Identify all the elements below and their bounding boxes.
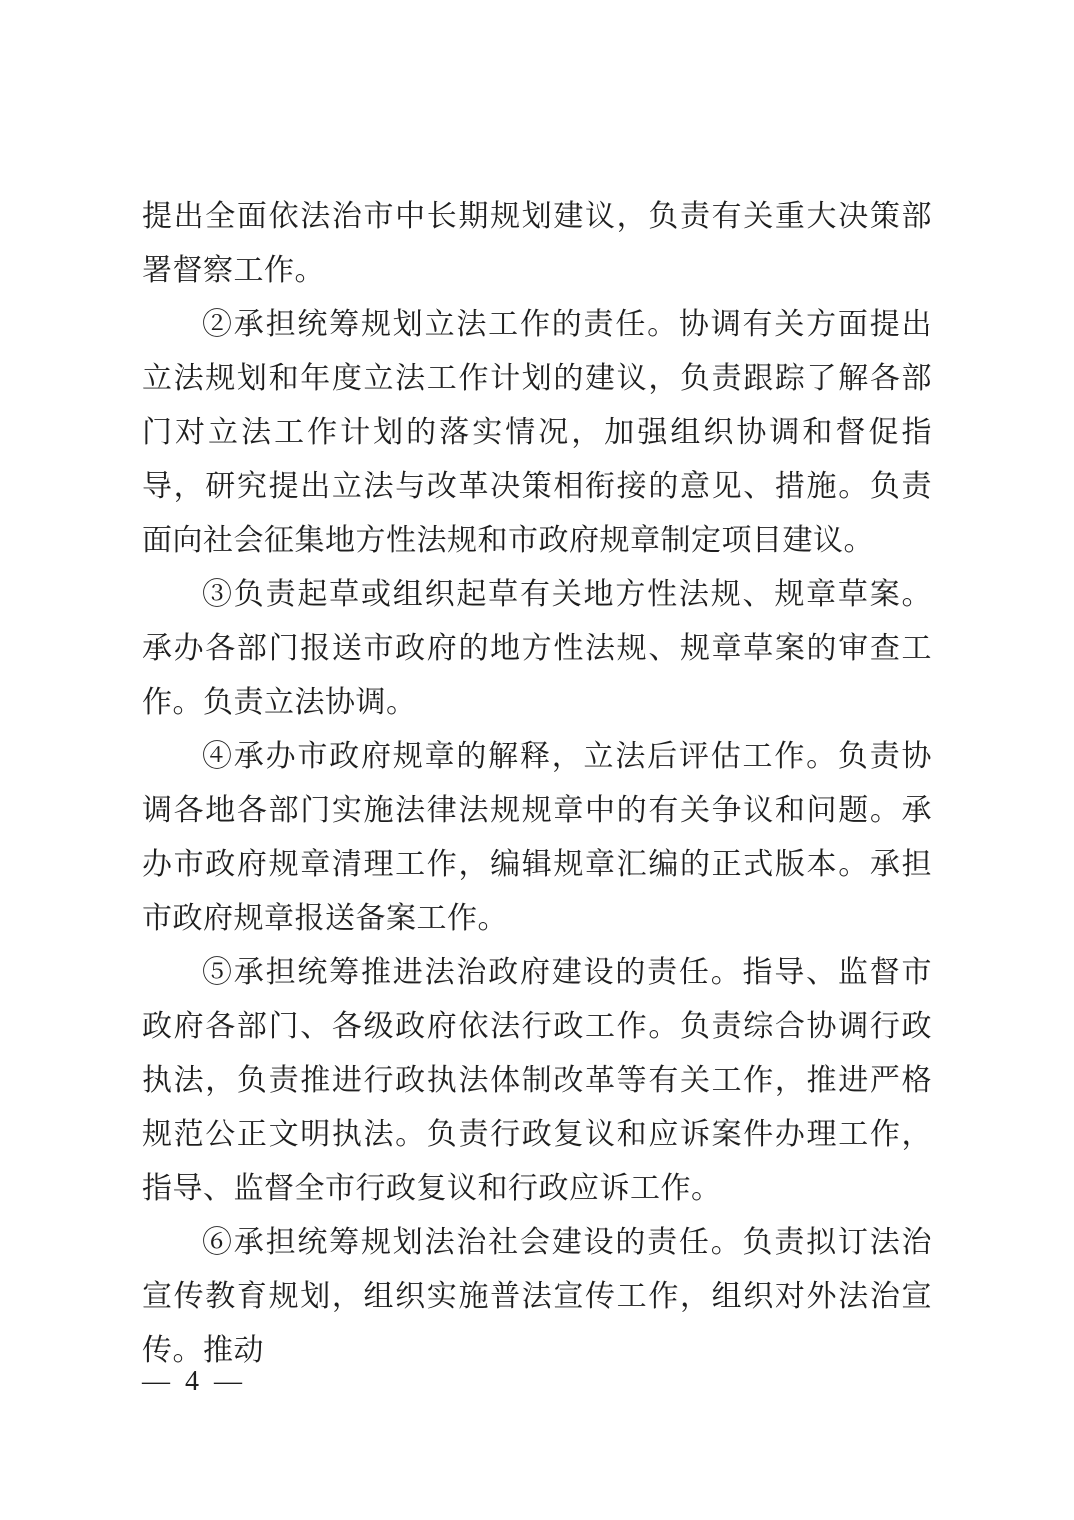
document-page: 提出全面依法治市中长期规划建议，负责有关重大决策部署督察工作。 ②承担统筹规划立… [0, 0, 1074, 1520]
paragraph-item-3: ③负责起草或组织起草有关地方性法规、规章草案。承办各部门报送市政府的地方性法规、… [142, 568, 932, 730]
paragraph-item-5: ⑤承担统筹推进法治政府建设的责任。指导、监督市政府各部门、各级政府依法行政工作。… [142, 946, 932, 1216]
page-number: — 4 — [142, 1364, 246, 1400]
paragraph-continuation: 提出全面依法治市中长期规划建议，负责有关重大决策部署督察工作。 [142, 190, 932, 298]
paragraph-item-2: ②承担统筹规划立法工作的责任。协调有关方面提出立法规划和年度立法工作计划的建议，… [142, 298, 932, 568]
document-body-text: 提出全面依法治市中长期规划建议，负责有关重大决策部署督察工作。 ②承担统筹规划立… [142, 190, 932, 1378]
paragraph-item-4: ④承办市政府规章的解释，立法后评估工作。负责协调各地各部门实施法律法规规章中的有… [142, 730, 932, 946]
paragraph-item-6: ⑥承担统筹规划法治社会建设的责任。负责拟订法治宣传教育规划，组织实施普法宣传工作… [142, 1216, 932, 1378]
